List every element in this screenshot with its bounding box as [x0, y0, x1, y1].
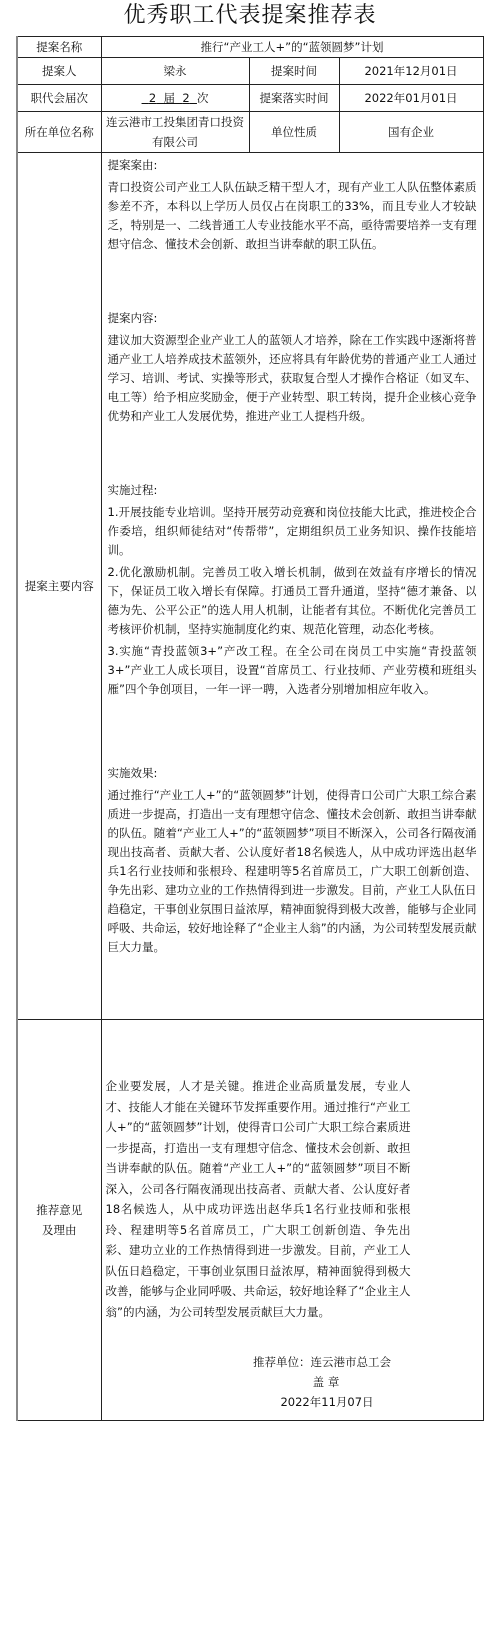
proposal-name-value: 推行“产业工人+”的“蓝领圆梦”计划: [101, 37, 483, 58]
process-item-1: 1.开展技能专业培训。坚持开展劳动竞赛和岗位技能大比武，推进校企合作委培，组织师…: [108, 503, 477, 560]
main-content-cell: 提案案由: 青口投资公司产业工人队伍缺乏精干型人才，现有产业工人队伍整体素质参差…: [101, 153, 483, 1020]
seal: 盖 章: [106, 1372, 479, 1392]
row-congress-session: 职代会届次 2 届 2 次 提案落实时间 2022年01月01日: [17, 85, 483, 112]
content-text: 建议加大资源型企业产业工人的蓝领人才培养，除在工作实践中逐渐将普通产业工人培养成…: [108, 331, 477, 426]
process-item-3: 3.实施“青投蓝领3+”产改工程。在全公司在岗员工中实施“青投蓝领3+”产业工人…: [108, 642, 477, 699]
row-unit: 所在单位名称 连云港市工投集团青口投资有限公司 单位性质 国有企业: [17, 112, 483, 153]
unit-nature-value: 国有企业: [339, 112, 483, 153]
recommendation-date: 2022年11月07日: [106, 1392, 479, 1412]
unit-name-value: 连云港市工投集团青口投资有限公司: [101, 112, 249, 153]
congress-session-value: 2 届 2 次: [101, 85, 249, 112]
implementation-time-label: 提案落实时间: [249, 85, 339, 112]
implementation-time-value: 2022年01月01日: [339, 85, 483, 112]
row-recommendation: 推荐意见及理由 企业要发展，人才是关键。推进企业高质量发展，专业人才、技能人才能…: [17, 1020, 483, 1421]
proposal-time-label: 提案时间: [249, 58, 339, 85]
unit-name-label: 所在单位名称: [17, 112, 101, 153]
content-heading: 提案内容:: [108, 309, 477, 328]
process-heading: 实施过程:: [108, 481, 477, 500]
congress-session-label: 职代会届次: [17, 85, 101, 112]
proposer-value: 梁永: [101, 58, 249, 85]
proposal-time-value: 2021年12月01日: [339, 58, 483, 85]
row-proposal-name: 提案名称 推行“产业工人+”的“蓝领圆梦”计划: [17, 37, 483, 58]
meeting-unit: 次: [197, 91, 209, 105]
effect-text: 通过推行“产业工人+”的“蓝领圆梦”计划，使得青口公司广大职工综合素质进一步提高…: [108, 786, 477, 957]
session-number: 2 届 2: [142, 91, 197, 105]
reason-heading: 提案案由:: [108, 156, 477, 175]
recommendation-text: 企业要发展，人才是关键。推进企业高质量发展，专业人才、技能人才能在关键环节发挥重…: [106, 1076, 411, 1322]
proposal-name-label: 提案名称: [17, 37, 101, 58]
document-title: 优秀职工代表提案推荐表: [0, 0, 500, 34]
row-proposer: 提案人 梁永 提案时间 2021年12月01日: [17, 58, 483, 85]
unit-nature-label: 单位性质: [249, 112, 339, 153]
recommender: 推荐单位：连云港市总工会: [106, 1352, 479, 1372]
proposal-form-table: 提案名称 推行“产业工人+”的“蓝领圆梦”计划 提案人 梁永 提案时间 2021…: [16, 36, 484, 1421]
effect-heading: 实施效果:: [108, 764, 477, 783]
reason-text: 青口投资公司产业工人队伍缺乏精干型人才，现有产业工人队伍整体素质参差不齐，本科以…: [108, 178, 477, 254]
recommendation-label: 推荐意见及理由: [17, 1020, 101, 1421]
proposer-label: 提案人: [17, 58, 101, 85]
main-content-label: 提案主要内容: [17, 153, 101, 1020]
row-main-content: 提案主要内容 提案案由: 青口投资公司产业工人队伍缺乏精干型人才，现有产业工人队…: [17, 153, 483, 1020]
recommendation-cell: 企业要发展，人才是关键。推进企业高质量发展，专业人才、技能人才能在关键环节发挥重…: [101, 1020, 483, 1421]
process-item-2: 2.优化激励机制。完善员工收入增长机制，做到在效益有序增长的情况下，保证员工收入…: [108, 563, 477, 639]
